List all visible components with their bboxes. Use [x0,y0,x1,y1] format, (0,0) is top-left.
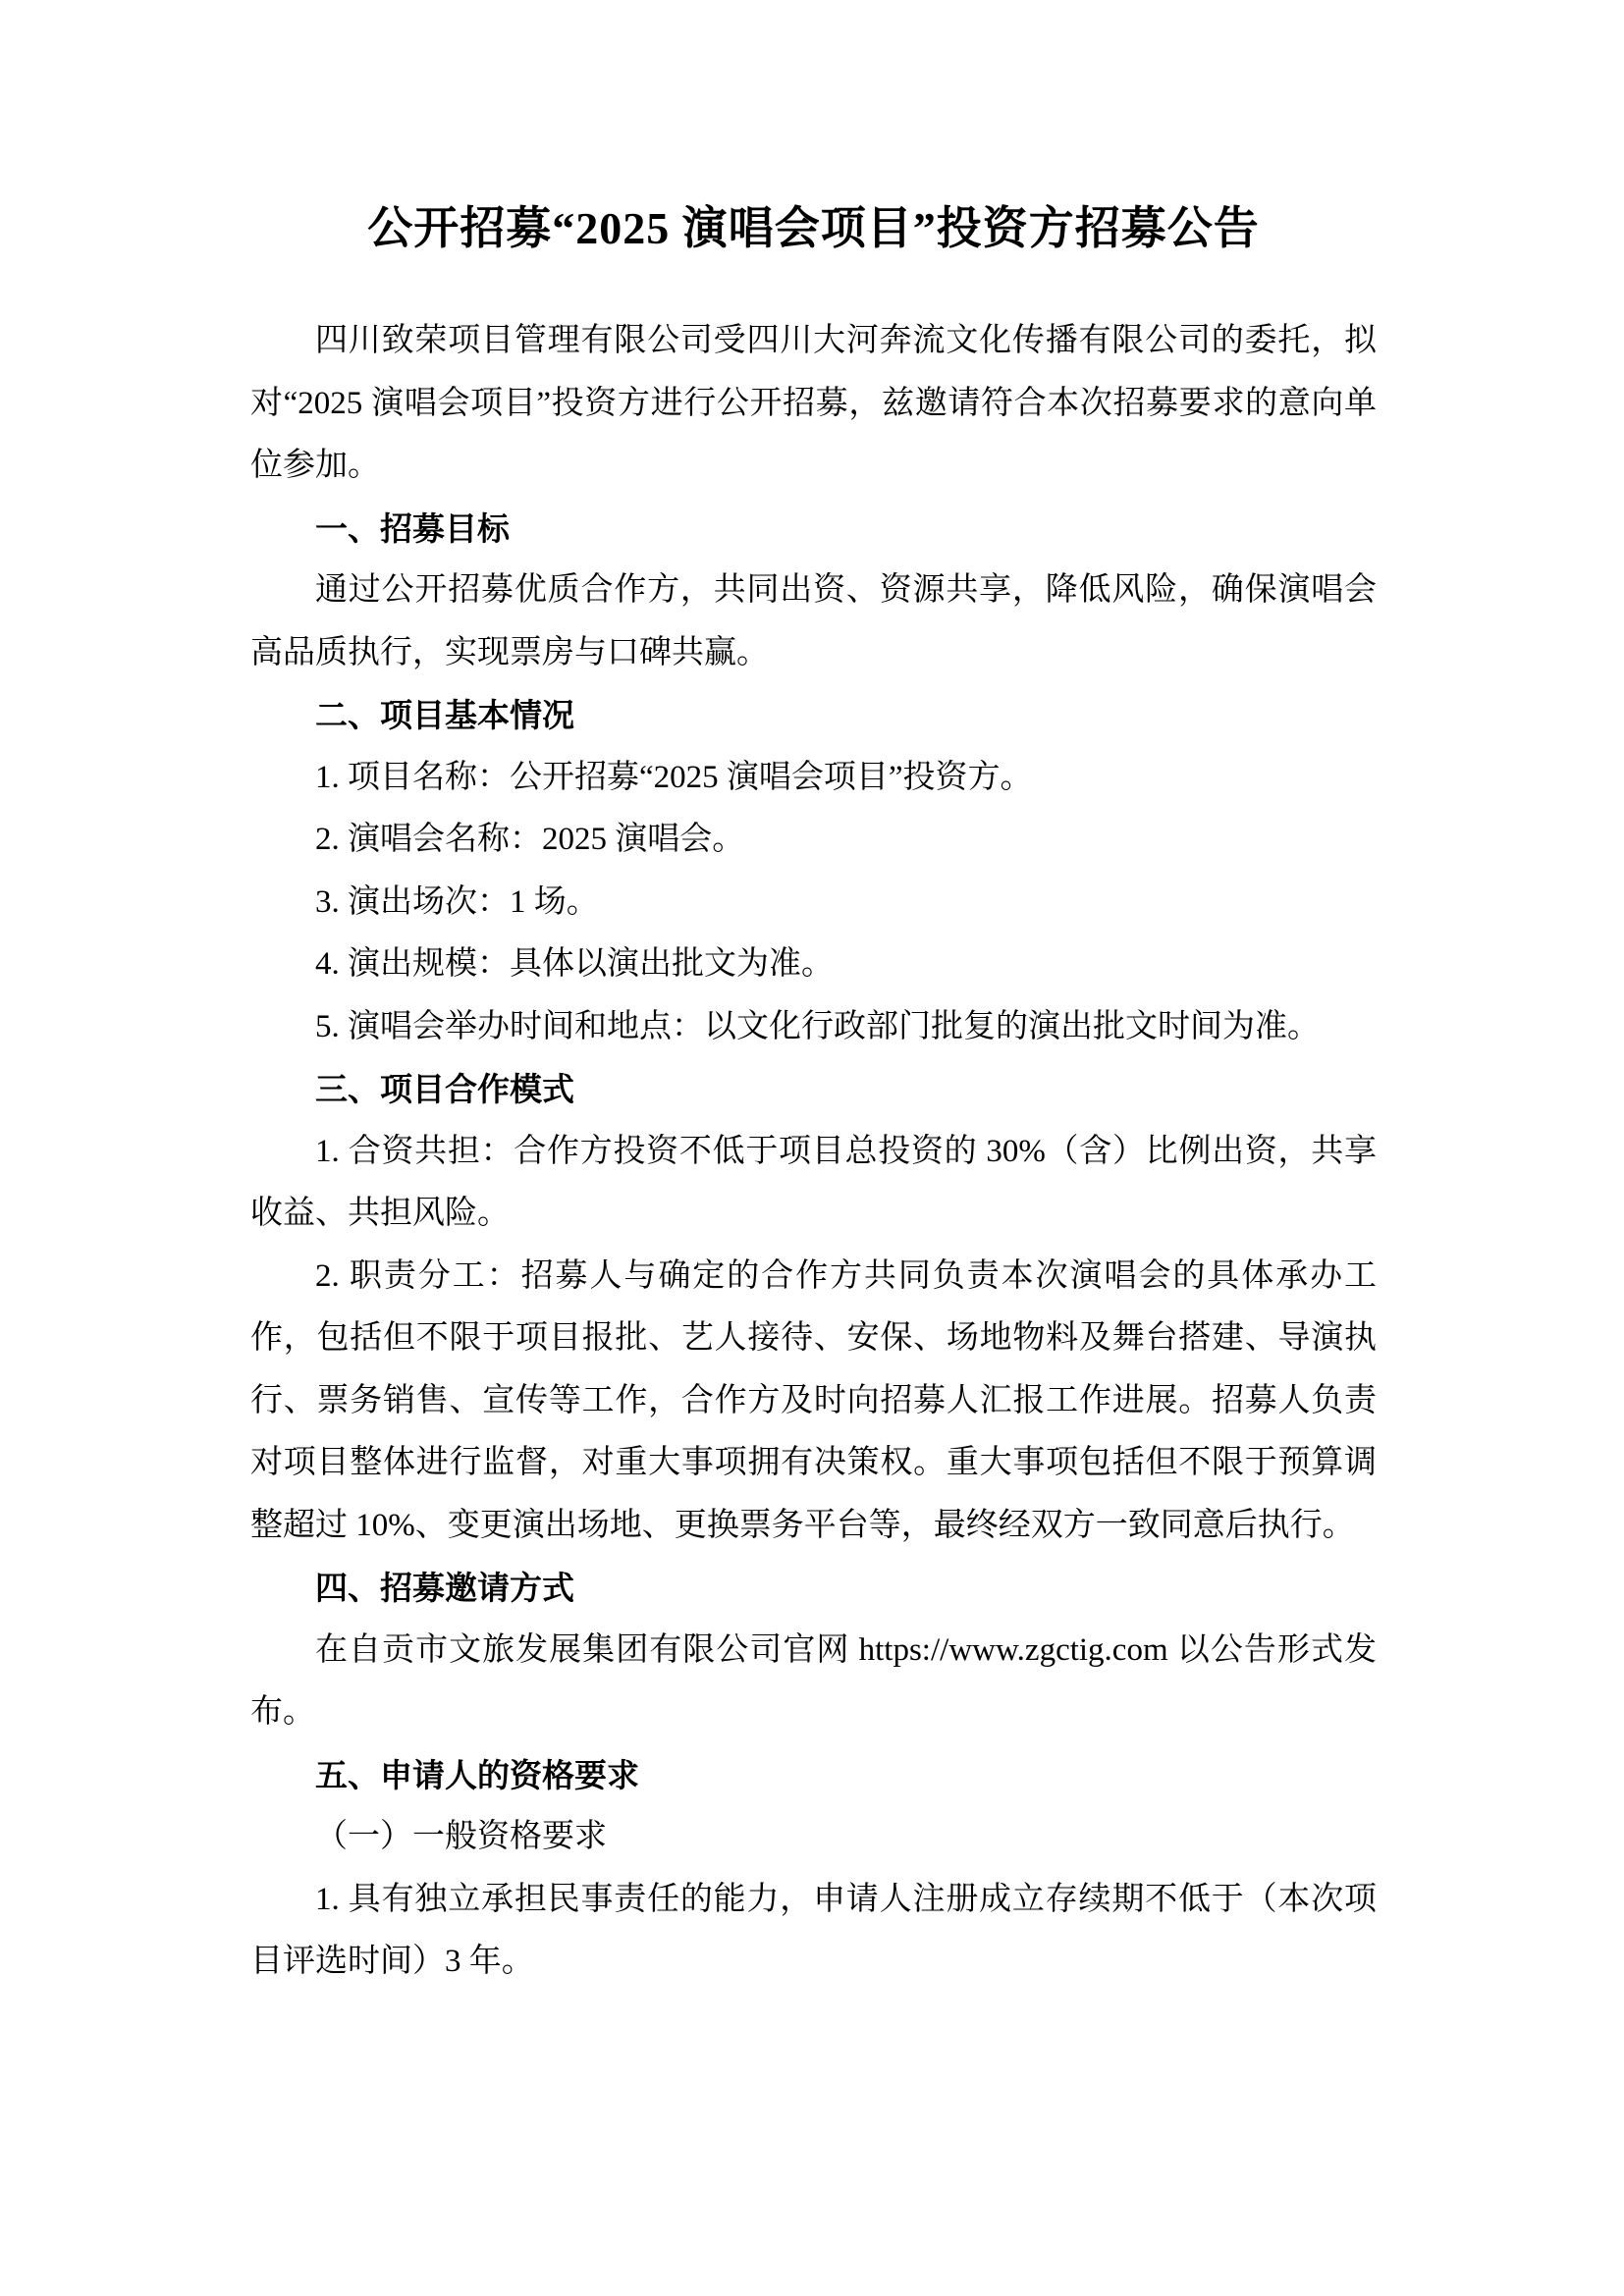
section-2-item-project-name: 1. 项目名称：公开招募“2025 演唱会项目”投资方。 [250,747,1377,810]
section-1-paragraph: 通过公开招募优质合作方，共同出资、资源共享，降低风险，确保演唱会高品质执行，实现… [250,560,1377,684]
section-2-item-concert-name: 2. 演唱会名称：2025 演唱会。 [250,809,1377,872]
intro-paragraph: 四川致荣项目管理有限公司受四川大河奔流文化传播有限公司的委托，拟对“2025 演… [250,310,1377,498]
document-page: 公开招募“2025 演唱会项目”投资方招募公告 四川致荣项目管理有限公司受四川大… [0,0,1624,2296]
section-2-item-scale: 4. 演出规模：具体以演出批文为准。 [250,934,1377,996]
section-3-heading: 三、项目合作模式 [250,1058,1377,1121]
section-2-item-show-count: 3. 演出场次：1 场。 [250,872,1377,934]
section-4-heading: 四、招募邀请方式 [250,1557,1377,1620]
section-2-item-time-place: 5. 演唱会举办时间和地点：以文化行政部门批复的演出批文时间为准。 [250,996,1377,1059]
section-5-item-civil-liability: 1. 具有独立承担民事责任的能力，申请人注册成立存续期不低于（本次项目评选时间）… [250,1869,1377,1994]
section-2-heading: 二、项目基本情况 [250,684,1377,747]
section-3-item-responsibilities: 2. 职责分工：招募人与确定的合作方共同负责本次演唱会的具体承办工作，包括但不限… [250,1246,1377,1558]
section-4-paragraph-announcement-site: 在自贡市文旅发展集团有限公司官网 https://www.zgctig.com … [250,1620,1377,1744]
document-title: 公开招募“2025 演唱会项目”投资方招募公告 [250,196,1377,261]
section-5-heading: 五、申请人的资格要求 [250,1744,1377,1807]
section-5-subheading-general-requirements: （一）一般资格要求 [250,1806,1377,1869]
section-3-item-joint-investment: 1. 合资共担：合作方投资不低于项目总投资的 30%（含）比例出资，共享收益、共… [250,1121,1377,1246]
section-1-heading: 一、招募目标 [250,498,1377,561]
